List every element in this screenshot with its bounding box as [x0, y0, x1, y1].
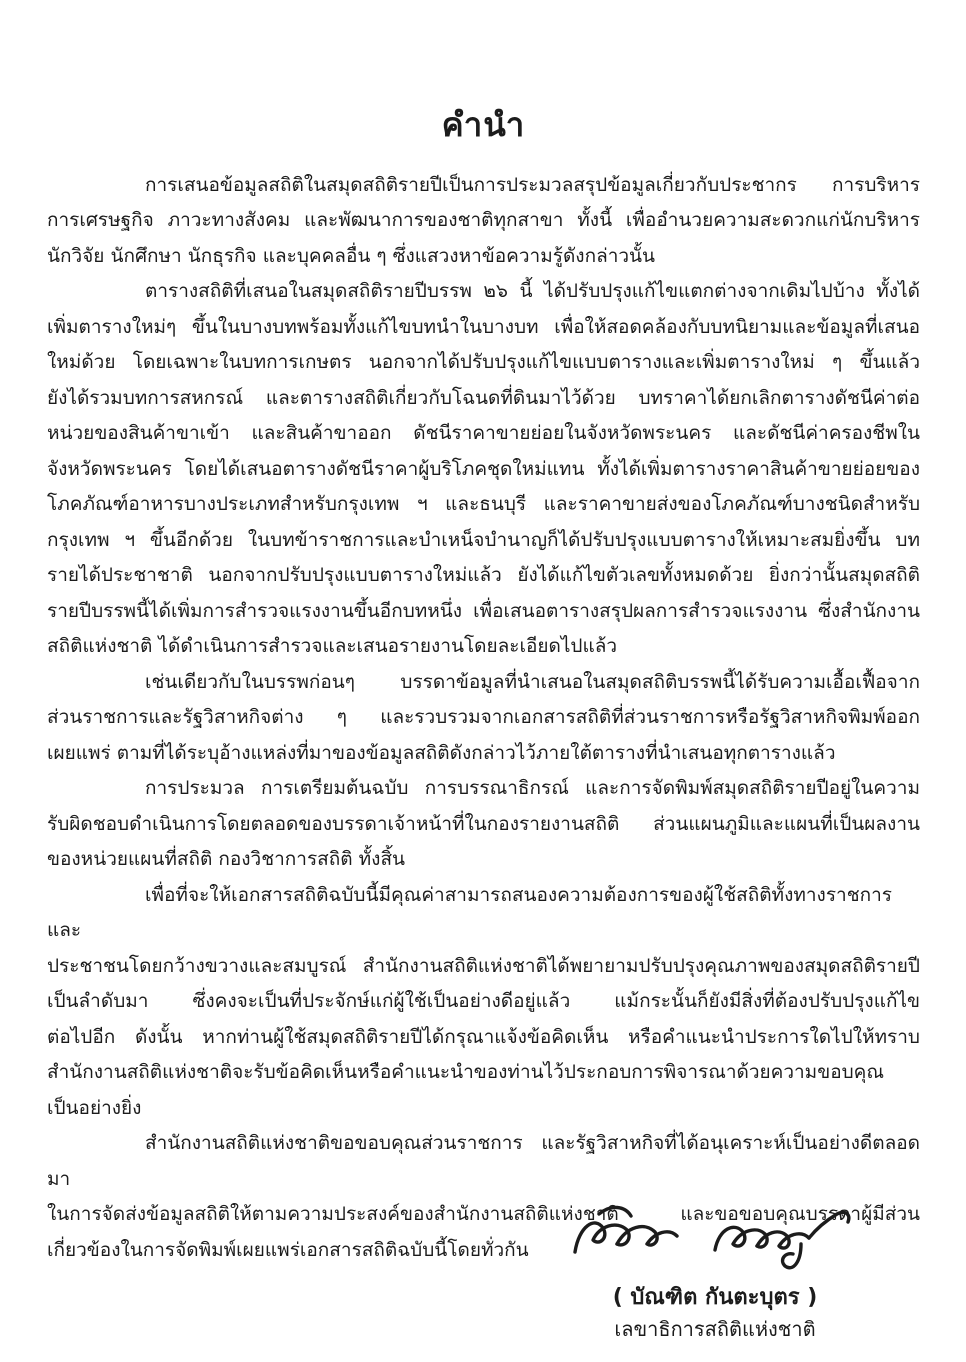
- text-line: เพิ่มตารางใหม่ๆ ขึ้นในบางบทพร้อมทั้งแก้ไ…: [47, 310, 920, 346]
- text-line: การประมวล การเตรียมต้นฉบับ การบรรณาธิกรณ…: [47, 771, 920, 807]
- text-line: นักวิจัย นักศึกษา นักธุรกิจ และบุคคลอื่น…: [47, 239, 920, 275]
- paragraph-1: การเสนอข้อมูลสถิติในสมุดสถิติรายปีเป็นกา…: [47, 168, 920, 275]
- text-line: เช่นเดียวกับในบรรพก่อนๆ บรรดาข้อมูลที่นำ…: [47, 665, 920, 701]
- text-line: ของหน่วยแผนที่สถิติ กองวิชาการสถิติ ทั้ง…: [47, 842, 920, 878]
- document-content: คำนำ การเสนอข้อมูลสถิติในสมุดสถิติรายปีเ…: [47, 103, 920, 1268]
- text-line: รับผิดชอบดำเนินการโดยตลอดของบรรดาเจ้าหน้…: [47, 807, 920, 843]
- text-line: ต่อไปอีก ดังนั้น หากท่านผู้ใช้สมุดสถิติร…: [47, 1020, 920, 1056]
- paragraph-4: การประมวล การเตรียมต้นฉบับ การบรรณาธิกรณ…: [47, 771, 920, 878]
- text-line: การเสนอข้อมูลสถิติในสมุดสถิติรายปีเป็นกา…: [47, 168, 920, 204]
- text-line: รายได้ประชาชาติ นอกจากปรับปรุงแบบตารางให…: [47, 558, 920, 594]
- text-line: หน่วยของสินค้าขาเข้า และสินค้าขาออก ดัชน…: [47, 416, 920, 452]
- text-line: จังหวัดพระนคร โดยได้เสนอตารางดัชนีราคาผู…: [47, 452, 920, 488]
- text-line: เผยแพร่ ตามที่ได้ระบุอ้างแหล่งที่มาของข้…: [47, 736, 920, 772]
- text-line: ตารางสถิติที่เสนอในสมุดสถิติรายปีบรรพ ๒๖…: [47, 274, 920, 310]
- signature-block: ( บัณฑิต กันตะบุตร ) เลขาธิการสถิติแห่งช…: [545, 1198, 885, 1344]
- text-line: สถิติแห่งชาติ ได้ดำเนินการสำรวจและเสนอรา…: [47, 629, 920, 665]
- text-line: เป็นอย่างยิ่ง: [47, 1091, 920, 1127]
- text-line: ยังได้รวมบทการสหกรณ์ และตารางสถิติเกี่ยว…: [47, 381, 920, 417]
- text-line: สำนักงานสถิติแห่งชาติจะรับข้อคิดเห็นหรือ…: [47, 1055, 920, 1091]
- text-line: ใหม่ด้วย โดยเฉพาะในบทการเกษตร นอกจากได้ป…: [47, 345, 920, 381]
- text-line: สำนักงานสถิติแห่งชาติขอขอบคุณส่วนราชการ …: [47, 1126, 920, 1197]
- paragraph-3: เช่นเดียวกับในบรรพก่อนๆ บรรดาข้อมูลที่นำ…: [47, 665, 920, 772]
- text-line: กรุงเทพ ฯ ขึ้นอีกด้วย ในบทข้าราชการและบำ…: [47, 523, 920, 559]
- text-line: การเศรษฐกิจ ภาวะทางสังคม และพัฒนาการของช…: [47, 203, 920, 239]
- text-line: ส่วนราชการและรัฐวิสาหกิจต่าง ๆ และรวบรวม…: [47, 700, 920, 736]
- page-title: คำนำ: [47, 103, 920, 148]
- paragraph-2: ตารางสถิติที่เสนอในสมุดสถิติรายปีบรรพ ๒๖…: [47, 274, 920, 665]
- text-line: ประชาชนโดยกว้างขวางและสมบูรณ์ สำนักงานสถ…: [47, 949, 920, 985]
- text-line: เป็นลำดับมา ซึ่งคงจะเป็นที่ประจักษ์แก่ผู…: [47, 984, 920, 1020]
- handwritten-signature: [565, 1198, 865, 1280]
- text-line: รายปีบรรพนี้ได้เพิ่มการสำรวจแรงงานขึ้นอี…: [47, 594, 920, 630]
- signatory-name: ( บัณฑิต กันตะบุตร ): [545, 1282, 885, 1314]
- text-line: เพื่อที่จะให้เอกสารสถิติฉบับนี้มีคุณค่าส…: [47, 878, 920, 949]
- signatory-title: เลขาธิการสถิติแห่งชาติ: [545, 1314, 885, 1344]
- document-page: คำนำ การเสนอข้อมูลสถิติในสมุดสถิติรายปีเ…: [0, 0, 966, 1362]
- text-line: โภคภัณฑ์อาหารบางประเภทสำหรับกรุงเทพ ฯ แล…: [47, 487, 920, 523]
- paragraph-5: เพื่อที่จะให้เอกสารสถิติฉบับนี้มีคุณค่าส…: [47, 878, 920, 1127]
